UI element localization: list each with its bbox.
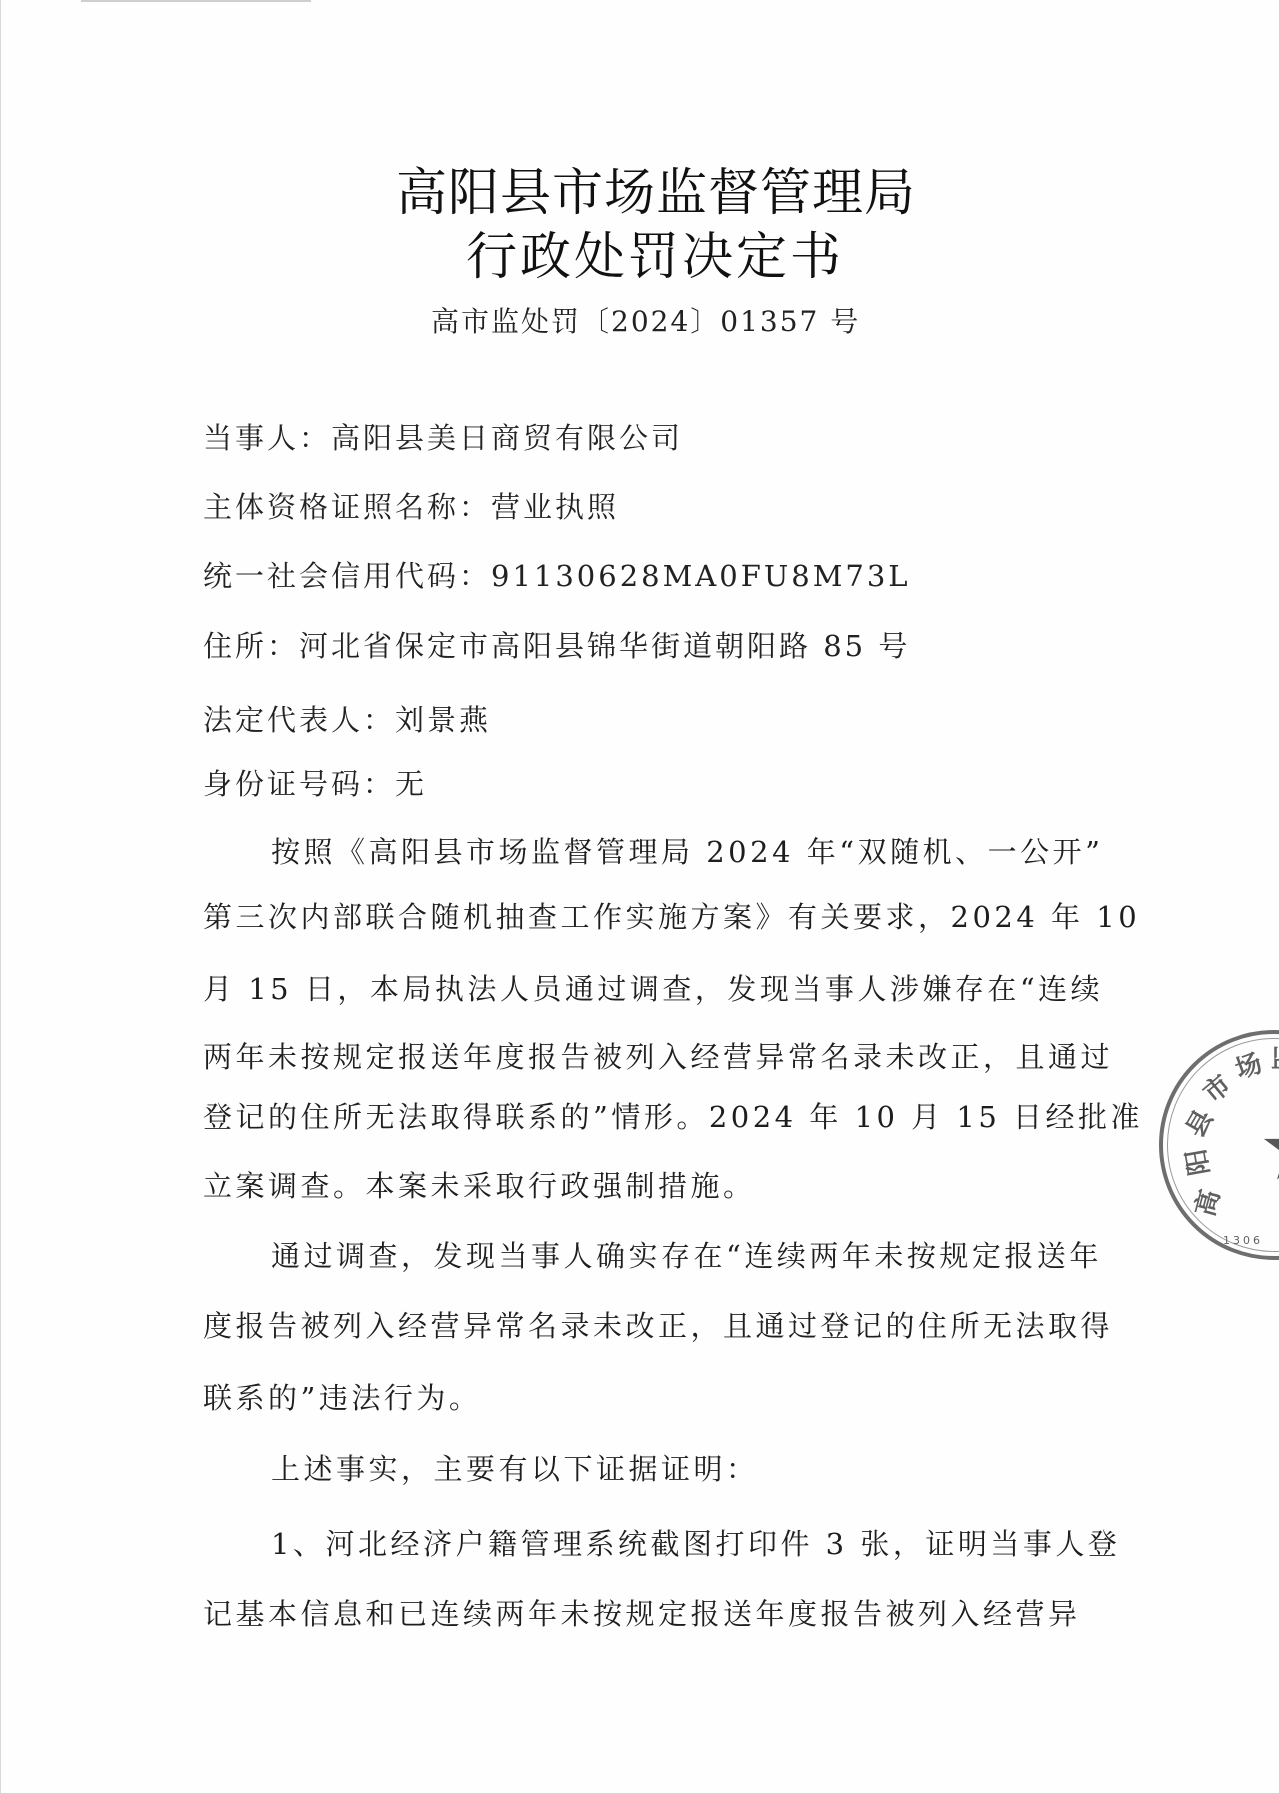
document-title-agency: 高阳县市场监督管理局 [396, 168, 916, 219]
body-line: 联系的”违法行为。 [203, 1384, 481, 1413]
body-line: 月 15 日，本局执法人员通过调查，发现当事人涉嫌存在“连续 [203, 975, 1103, 1004]
seal-code: 1306 [1223, 1234, 1263, 1247]
document-title-type: 行政处罚决定书 [466, 232, 844, 283]
body-line: 登记的住所无法取得联系的”情形。2024 年 10 月 15 日经批准 [203, 1103, 1143, 1132]
id-number-field: 身份证号码：无 [203, 770, 427, 799]
document-page: 高阳县市场监督管理局 行政处罚决定书 高市监处罚〔2024〕01357 号 当事… [0, 0, 1279, 1793]
license-name-field: 主体资格证照名称：营业执照 [203, 493, 619, 522]
address-field: 住所：河北省保定市高阳县锦华街道朝阳路 85 号 [203, 632, 910, 661]
evidence-item-1-continued: 记基本信息和已连续两年未按规定报送年度报告被列入经营异 [203, 1600, 1081, 1629]
body-line: 通过调查，发现当事人确实存在“连续两年未按规定报送年 [271, 1242, 1102, 1271]
scan-edge [81, 0, 311, 2]
document-number: 高市监处罚〔2024〕01357 号 [431, 308, 860, 336]
body-line: 两年未按规定报送年度报告被列入经营异常名录未改正，且通过 [203, 1043, 1113, 1072]
body-line: 度报告被列入经营异常名录未改正，且通过登记的住所无法取得 [203, 1312, 1113, 1341]
evidence-item-1: 1、河北经济户籍管理系统截图打印件 3 张，证明当事人登 [271, 1530, 1120, 1559]
seal-char: 监 [1271, 1038, 1279, 1075]
body-line: 立案调查。本案未采取行政强制措施。 [203, 1172, 756, 1201]
legal-representative-field: 法定代表人：刘景燕 [203, 706, 491, 735]
body-line: 第三次内部联合随机抽查工作实施方案》有关要求，2024 年 10 [203, 903, 1140, 932]
body-line: 按照《高阳县市场监督管理局 2024 年“双随机、一公开” [271, 838, 1103, 867]
party-name-field: 当事人：高阳县美日商贸有限公司 [203, 424, 683, 453]
star-icon: ★ [1258, 1104, 1279, 1194]
official-seal: 高 阳 县 市 场 监 ★ 1306 [1159, 1030, 1279, 1260]
credit-code-field: 统一社会信用代码：91130628MA0FU8M73L [203, 562, 911, 591]
evidence-intro: 上述事实，主要有以下证据证明： [271, 1455, 759, 1484]
